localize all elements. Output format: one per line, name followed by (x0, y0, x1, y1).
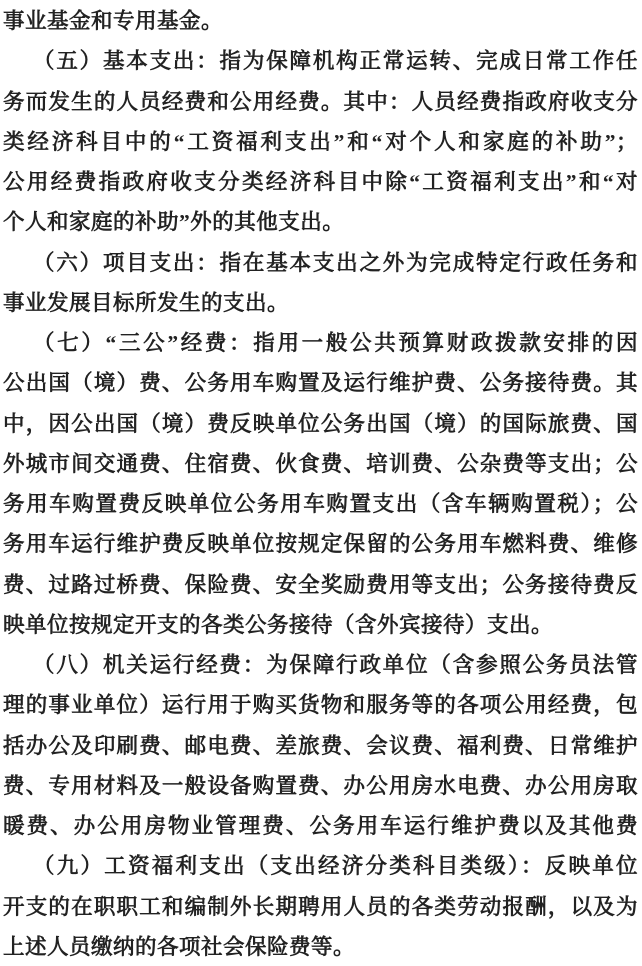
text-line: 理的事业单位）运行用于购买货物和服务等的各项公用经费，包 (3, 685, 638, 725)
text-line: 暖费、办公用房物业管理费、公务用车运行维护费以及其他费用。 (3, 806, 638, 846)
text-line: 务用车运行维护费反映单位按规定保留的公务用车燃料费、维修 (3, 524, 638, 564)
text-line: 上述人员缴纳的各项社会保险费等。 (3, 927, 638, 966)
text-line: 外城市间交通费、住宿费、伙食费、培训费、公杂费等支出；公 (3, 444, 638, 484)
text-line: 务而发生的人员经费和公用经费。其中：人员经费指政府收支分 (3, 82, 638, 122)
text-line: （六）项目支出：指在基本支出之外为完成特定行政任务和 (3, 243, 638, 283)
text-line: （五）基本支出：指为保障机构正常运转、完成日常工作任 (3, 41, 638, 81)
text-line: 公用经费指政府收支分类经济科目中除“工资福利支出”和“对 (3, 162, 638, 202)
text-line: 务用车购置费反映单位公务用车购置支出（含车辆购置税）；公 (3, 484, 638, 524)
text-line: 费、过路过桥费、保险费、安全奖励费用等支出；公务接待费反 (3, 565, 638, 605)
text-line: （八）机关运行经费：为保障行政单位（含参照公务员法管 (3, 645, 638, 685)
text-line: 事业基金和专用基金。 (3, 1, 638, 41)
text-line: 开支的在职职工和编制外长期聘用人员的各类劳动报酬，以及为 (3, 887, 638, 927)
document-page: 事业基金和专用基金。 （五）基本支出：指为保障机构正常运转、完成日常工作任 务而… (0, 0, 642, 966)
text-line: （七）“三公”经费：指用一般公共预算财政拨款安排的因 (3, 323, 638, 363)
text-line: 费、专用材料及一般设备购置费、办公用房水电费、办公用房取 (3, 766, 638, 806)
text-line: 映单位按规定开支的各类公务接待（含外宾接待）支出。 (3, 605, 638, 645)
text-line: 括办公及印刷费、邮电费、差旅费、会议费、福利费、日常维护 (3, 726, 638, 766)
text-line: 类经济科目中的“工资福利支出”和“对个人和家庭的补助”； (3, 122, 638, 162)
text-line: 公出国（境）费、公务用车购置及运行维护费、公务接待费。其 (3, 363, 638, 403)
text-line: 个人和家庭的补助”外的其他支出。 (3, 202, 638, 242)
text-line: （九）工资福利支出（支出经济分类科目类级）：反映单位 (3, 846, 638, 886)
text-line: 事业发展目标所发生的支出。 (3, 283, 638, 323)
text-line: 中，因公出国（境）费反映单位公务出国（境）的国际旅费、国 (3, 404, 638, 444)
